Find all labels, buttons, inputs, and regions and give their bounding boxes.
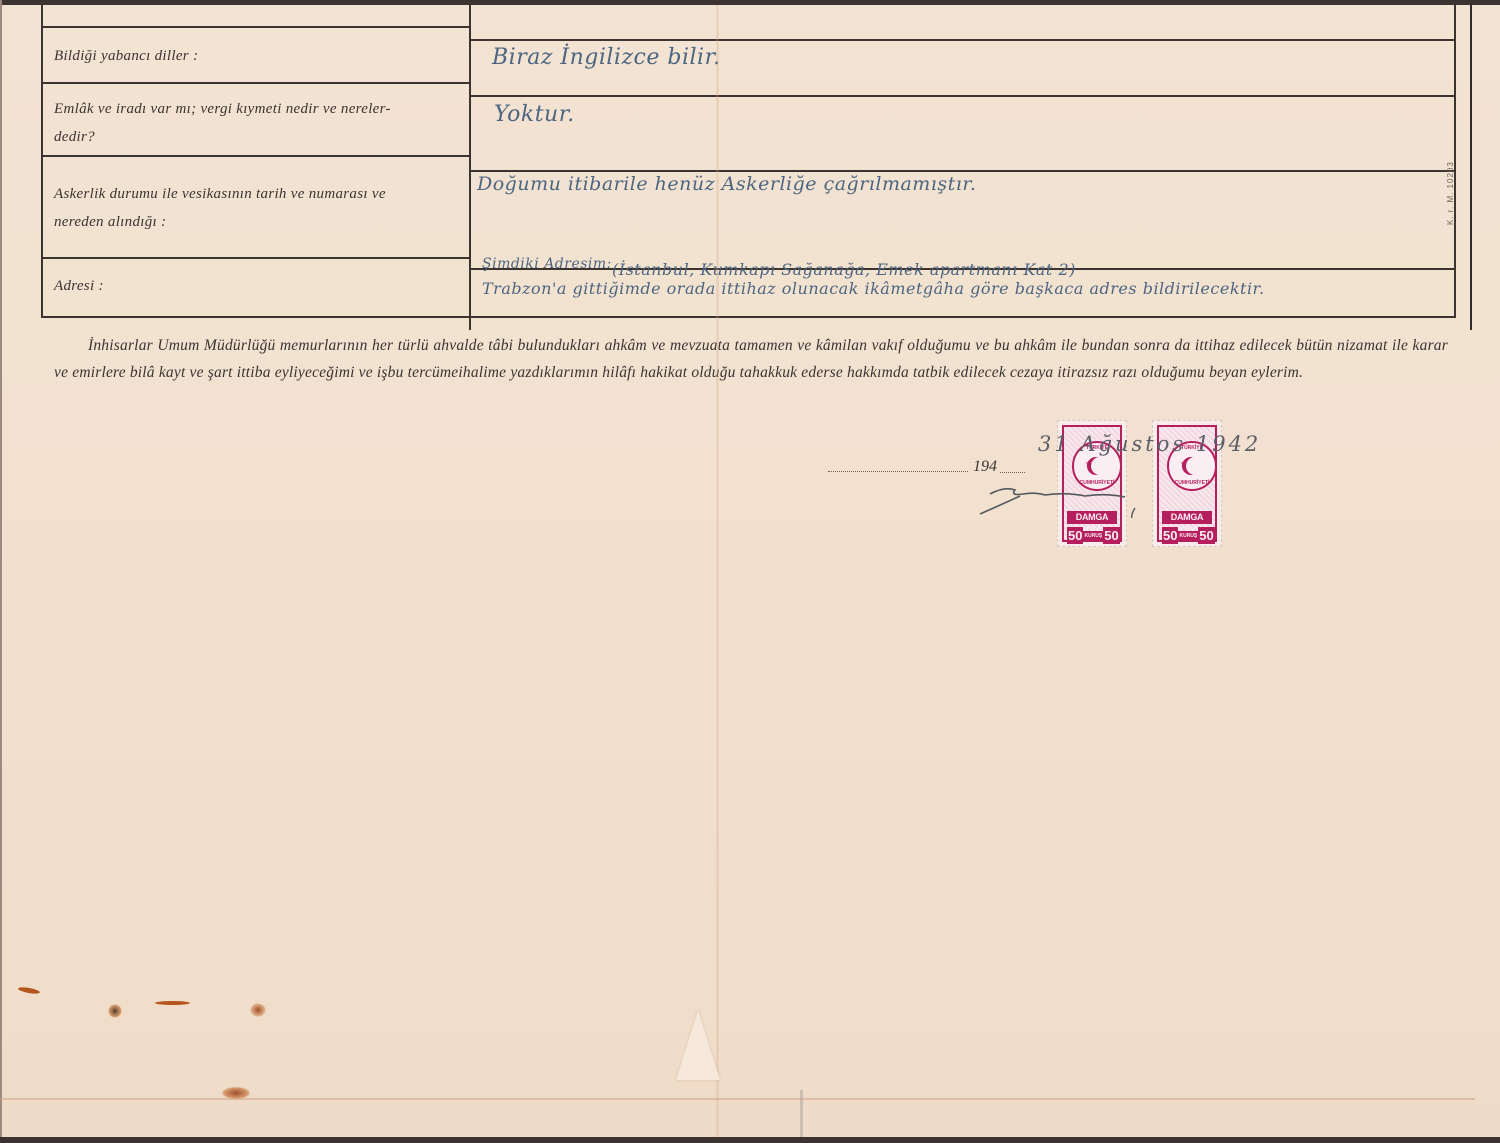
rust-stain <box>108 1004 122 1018</box>
military-label-line1: Askerlik durumu ile vesikasının tarih ve… <box>54 180 386 208</box>
stamp-unit: KURUŞ <box>1083 531 1103 541</box>
star-icon: ★ <box>1085 459 1092 468</box>
right-margin-rule <box>1470 5 1472 330</box>
stamp-title: DAMGA PULU <box>1162 511 1212 524</box>
row-divider <box>471 39 1456 41</box>
form-code: K. r. M. 10203 <box>1446 161 1455 225</box>
signature <box>975 478 1155 518</box>
property-answer: Yoktur. <box>494 102 575 127</box>
property-label-line1: Emlâk ve iradı var mı; vergi kıymeti ned… <box>54 95 391 123</box>
date-year-dots <box>1000 472 1025 473</box>
military-label-line2: nereden alındığı : <box>54 208 166 236</box>
stamp-unit: KURUŞ <box>1178 531 1198 541</box>
row-divider <box>43 82 469 84</box>
crescent-icon <box>1091 457 1109 475</box>
stamp-value-left: 50 <box>1067 527 1083 544</box>
vertical-fold-crease <box>716 5 719 1137</box>
declaration-text: İnhisarlar Umum Müdürlüğü memurlarının h… <box>54 337 1448 381</box>
address-line2: Trabzon'a gittiğimde orada ittihaz oluna… <box>482 279 1265 298</box>
row-divider <box>43 257 469 259</box>
star-icon: ★ <box>1180 459 1187 468</box>
scan-bottom-edge <box>0 1137 1500 1143</box>
row-divider <box>43 26 469 28</box>
rust-stain <box>250 1003 266 1017</box>
address-prefix: Şimdiki Adresim: <box>482 256 612 272</box>
declaration-paragraph: İnhisarlar Umum Müdürlüğü memurlarının h… <box>54 332 1448 386</box>
scan-left-edge <box>0 0 2 1143</box>
row-divider <box>471 170 1456 172</box>
crescent-icon <box>1186 457 1204 475</box>
address-label: Adresi : <box>54 272 104 300</box>
stamp-value-left: 50 <box>1162 527 1178 544</box>
row-divider <box>471 95 1456 97</box>
stamp-value-right: 50 <box>1198 527 1214 544</box>
bottom-tear-edge <box>0 1098 1475 1100</box>
address-line1: (İstanbul, Kumkapı Sağanağa, Emek apartm… <box>612 260 1076 279</box>
column-divider <box>469 5 471 330</box>
document-page: Bildiği yabancı diller : Biraz İngilizce… <box>0 0 1500 1143</box>
stamp-value-right: 50 <box>1103 527 1119 544</box>
rust-stain <box>222 1087 250 1099</box>
foreign-languages-label: Bildiği yabancı diller : <box>54 42 198 70</box>
folded-corner-flap <box>676 1010 720 1080</box>
rust-stain <box>155 1001 190 1005</box>
military-answer: Doğumu itibarile henüz Askerliğe çağrılm… <box>477 173 976 195</box>
handwritten-date: 31 Ağustos 1942 <box>1038 432 1261 456</box>
date-place-line <box>828 471 968 472</box>
rust-stain <box>18 986 41 995</box>
date-year-prefix: 194 <box>973 458 997 476</box>
row-divider <box>43 155 469 157</box>
property-label-line2: dedir? <box>54 123 95 151</box>
foreign-languages-answer: Biraz İngilizce bilir. <box>492 45 721 70</box>
